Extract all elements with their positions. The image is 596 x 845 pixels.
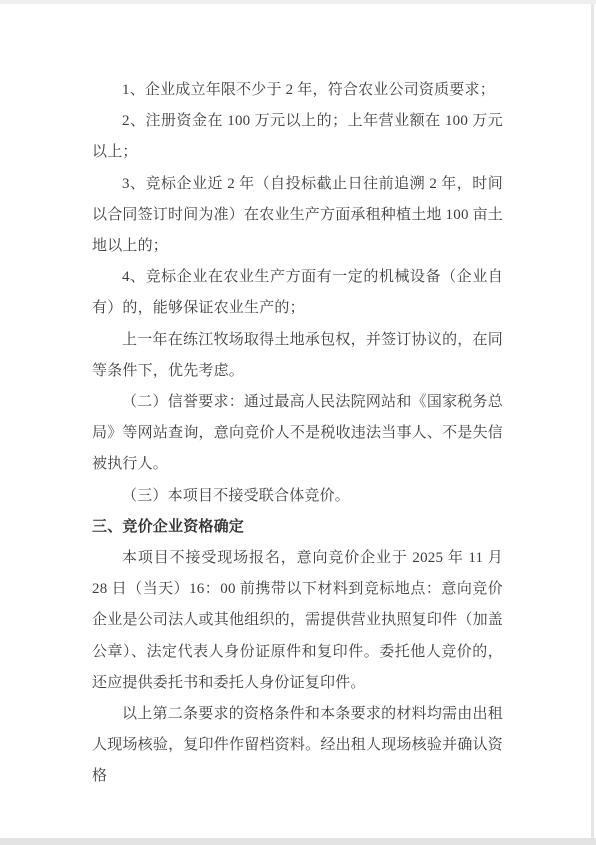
clause-credit-requirement: （二）信誉要求：通过最高人民法院网站和《国家税务总局》等网站查询，意向竞价人不是… [92,387,503,481]
document-page: 1、企业成立年限不少于 2 年，符合农业公司资质要求； 2、注册资金在 100 … [0,4,591,838]
clause-registered-capital: 2、注册资金在 100 万元以上的；上年营业额在 100 万元以上； [92,106,503,168]
page-edge-bottom [0,838,596,845]
page-edge-top [0,0,596,4]
clause-priority-consideration: 上一年在练江牧场取得土地承包权，并签订协议的，在同等条件下，优先考虑。 [92,325,503,387]
para-onsite-verification: 以上第二条要求的资格条件和本条要求的材料均需由出租人现场核验，复印件作留档资料。… [92,699,503,793]
document-viewer: 1、企业成立年限不少于 2 年，符合农业公司资质要求； 2、注册资金在 100 … [0,0,596,845]
section-heading-qualification-determination: 三、竞价企业资格确定 [92,512,503,543]
clause-no-consortium-bidding: （三）本项目不接受联合体竞价。 [92,481,503,512]
clause-land-lease-history: 3、竞标企业近 2 年（自投标截止日往前追溯 2 年，时间以合同签订时间为准）在… [92,169,503,263]
page-edge-right [591,4,594,838]
clause-company-age: 1、企业成立年限不少于 2 年，符合农业公司资质要求； [92,75,503,106]
clause-machinery-equipment: 4、竞标企业在农业生产方面有一定的机械设备（企业自有）的，能够保证农业生产的； [92,262,503,324]
para-registration-materials: 本项目不接受现场报名，意向竞价企业于 2025 年 11 月 28 日（当天）1… [92,543,503,699]
